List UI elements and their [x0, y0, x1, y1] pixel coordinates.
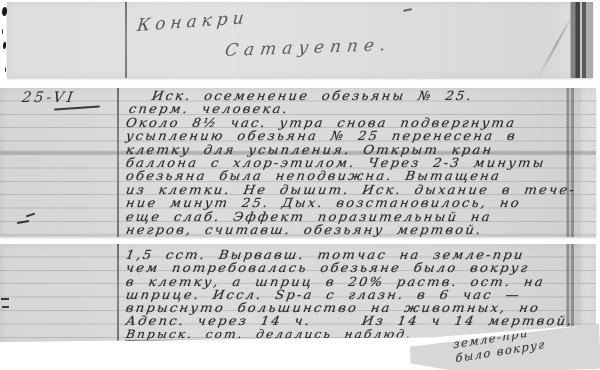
- handwriting-line: в клетку, а шприц в 20% раств. ост. на: [125, 275, 575, 288]
- entry-text-upper: Иск. осеменение обезьяны № 25.сперм. чел…: [126, 89, 551, 236]
- handwriting-line: обезьяна была неподвижна. Вытащена: [125, 169, 577, 182]
- entry-strip-upper: 25-VI Иск. осеменение обезьяны № 25.спер…: [0, 88, 596, 237]
- pen-mark: [17, 214, 39, 226]
- scanned-diary-page: Конакри Camayenne. 25-VI Иск. осеменение…: [0, 0, 600, 370]
- pen-mark: [403, 8, 412, 12]
- entry-text-lower: 1,5 сст. Вырвавш. тотчас на земле-причем…: [126, 248, 548, 341]
- margin-rule: [117, 88, 119, 237]
- handwriting-line: сперм. человека.: [128, 102, 577, 115]
- location-line-1: Конакри: [136, 8, 250, 36]
- entry-strip-lower: 1,5 сст. Вырвавш. тотчас на земле-причем…: [0, 244, 596, 342]
- handwriting-line: ние минут 25. Дых. возстановилось, но: [125, 196, 577, 209]
- handwriting-line: чем потребовалась обезьяне было вокруг: [125, 261, 575, 274]
- margin-rule: [117, 244, 119, 342]
- handwriting-line: Адепс. через 14 ч. Из 14 ч 14 мертвой.: [125, 314, 575, 327]
- margin-rule: [125, 2, 127, 78]
- handwriting-line: усыплению обезьяна № 25 перенесена в: [125, 129, 577, 142]
- handwriting-line: негров, считавш. обезьяну мертвой.: [125, 223, 577, 236]
- date-underline: [54, 105, 100, 110]
- header-strip: Конакри Camayenne.: [7, 2, 593, 78]
- entry-date: 25-VI: [21, 90, 77, 106]
- location-line-2: Camayenne.: [224, 35, 393, 61]
- pen-mark: [1, 298, 13, 310]
